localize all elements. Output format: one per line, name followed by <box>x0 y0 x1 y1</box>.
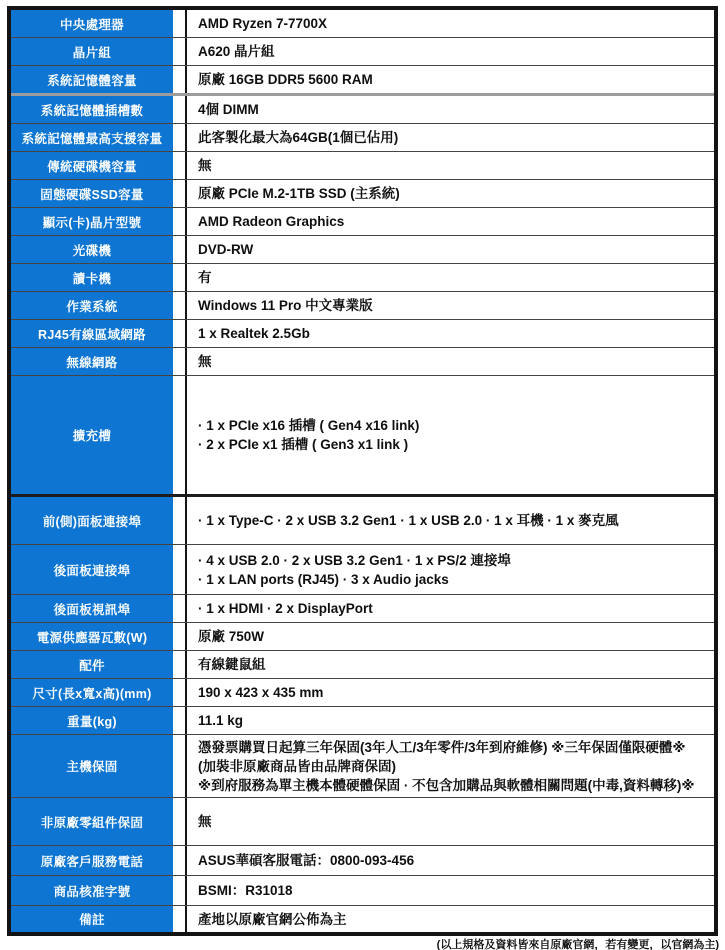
spec-label-cell: 固態硬碟SSD容量 <box>11 180 187 207</box>
spec-value-line: 無 <box>198 352 706 371</box>
spec-label: 尺寸(長x寬x高)(mm) <box>11 679 173 706</box>
spec-label: 配件 <box>11 651 173 678</box>
spec-label-cell: 主機保固 <box>11 735 187 797</box>
spec-value-line: 無 <box>198 156 706 175</box>
spec-label-cell: 備註 <box>11 906 187 932</box>
spec-value-line: DVD-RW <box>198 240 706 259</box>
spec-row: 主機保固憑發票購買日起算三年保固(3年人工/3年零件/3年到府維修) ※三年保固… <box>11 735 714 798</box>
spec-value-line: · 1 x PCIe x16 插槽 ( Gen4 x16 link) <box>198 416 706 435</box>
spec-label: 無線網路 <box>11 348 173 375</box>
spec-label-cell: 電源供應器瓦數(W) <box>11 623 187 650</box>
spec-label: RJ45有線區域網路 <box>11 320 173 347</box>
spec-value: 無 <box>187 152 714 179</box>
spec-value: Windows 11 Pro 中文專業版 <box>187 292 714 319</box>
spec-value-line: Windows 11 Pro 中文專業版 <box>198 296 706 315</box>
spec-label-cell: 非原廠零組件保固 <box>11 798 187 845</box>
spec-label-text: 無線網路 <box>66 353 117 371</box>
spec-label: 電源供應器瓦數(W) <box>11 623 173 650</box>
spec-row: 尺寸(長x寬x高)(mm)190 x 423 x 435 mm <box>11 679 714 707</box>
spec-value: 產地以原廠官網公佈為主 <box>187 906 714 932</box>
spec-value: 有 <box>187 264 714 291</box>
spec-value-line: · 1 x LAN ports (RJ45) · 3 x Audio jacks <box>198 570 706 589</box>
spec-value: AMD Ryzen 7-7700X <box>187 10 714 37</box>
spec-row: 前(側)面板連接埠· 1 x Type-C · 2 x USB 3.2 Gen1… <box>11 497 714 545</box>
spec-row: 無線網路無 <box>11 348 714 376</box>
spec-label-cell: 系統記憶體插槽數 <box>11 96 187 123</box>
spec-label-cell: 後面板視訊埠 <box>11 595 187 622</box>
spec-label: 作業系統 <box>11 292 173 319</box>
spec-value-line: 憑發票購買日起算三年保固(3年人工/3年零件/3年到府維修) ※三年保固僅限硬體… <box>198 738 706 757</box>
spec-label-cell: 後面板連接埠 <box>11 545 187 594</box>
spec-label-cell: 顯示(卡)晶片型號 <box>11 208 187 235</box>
spec-label: 備註 <box>11 906 173 932</box>
spec-row: 擴充槽· 1 x PCIe x16 插槽 ( Gen4 x16 link)· 2… <box>11 376 714 497</box>
spec-label-cell: 系統記憶體容量 <box>11 66 187 93</box>
spec-value-line: · 4 x USB 2.0 · 2 x USB 3.2 Gen1 · 1 x P… <box>198 551 706 570</box>
spec-row: 晶片組A620 晶片組 <box>11 38 714 66</box>
spec-value: 有線鍵鼠組 <box>187 651 714 678</box>
spec-value-line: AMD Radeon Graphics <box>198 212 706 231</box>
spec-label: 系統記憶體容量 <box>11 66 173 93</box>
spec-value-line: 190 x 423 x 435 mm <box>198 683 706 702</box>
spec-value-line: · 1 x HDMI · 2 x DisplayPort <box>198 599 706 618</box>
spec-label-text: 電源供應器瓦數(W) <box>37 628 148 646</box>
spec-value: 憑發票購買日起算三年保固(3年人工/3年零件/3年到府維修) ※三年保固僅限硬體… <box>187 735 714 797</box>
spec-value: A620 晶片組 <box>187 38 714 65</box>
spec-value: BSMI：R31018 <box>187 876 714 905</box>
spec-value-line: BSMI：R31018 <box>198 881 706 900</box>
spec-value-line: ※到府服務為單主機本體硬體保固 · 不包含加購品與軟體相關問題(中毒,資料轉移)… <box>198 776 706 795</box>
spec-label-cell: 原廠客戶服務電話 <box>11 846 187 875</box>
spec-label-text: 系統記憶體插槽數 <box>41 101 143 119</box>
spec-value: 原廠 750W <box>187 623 714 650</box>
spec-label-cell: 晶片組 <box>11 38 187 65</box>
spec-label: 主機保固 <box>11 735 173 797</box>
spec-value-line: 4個 DIMM <box>198 100 706 119</box>
spec-label-text: 商品核准字號 <box>54 882 131 900</box>
spec-value-line: 此客製化最大為64GB(1個已佔用) <box>198 128 706 147</box>
spec-label: 前(側)面板連接埠 <box>11 497 173 544</box>
spec-row: 固態硬碟SSD容量原廠 PCIe M.2-1TB SSD (主系統) <box>11 180 714 208</box>
spec-label: 非原廠零組件保固 <box>11 798 173 845</box>
spec-label: 傳統硬碟機容量 <box>11 152 173 179</box>
spec-label: 固態硬碟SSD容量 <box>11 180 173 207</box>
spec-label-text: 重量(kg) <box>67 712 117 730</box>
spec-label-text: 原廠客戶服務電話 <box>41 852 143 870</box>
spec-value: · 1 x PCIe x16 插槽 ( Gen4 x16 link)· 2 x … <box>187 376 714 494</box>
spec-table: 中央處理器AMD Ryzen 7-7700X晶片組A620 晶片組系統記憶體容量… <box>7 6 718 936</box>
spec-label-text: 擴充槽 <box>73 426 111 444</box>
spec-label-cell: 商品核准字號 <box>11 876 187 905</box>
spec-value-line: 原廠 16GB DDR5 5600 RAM <box>198 70 706 89</box>
spec-value: · 1 x Type-C · 2 x USB 3.2 Gen1 · 1 x US… <box>187 497 714 544</box>
spec-label: 中央處理器 <box>11 10 173 37</box>
spec-label-text: 顯示(卡)晶片型號 <box>43 213 142 231</box>
spec-value: 此客製化最大為64GB(1個已佔用) <box>187 124 714 151</box>
spec-label-cell: 尺寸(長x寬x高)(mm) <box>11 679 187 706</box>
spec-label-text: 後面板視訊埠 <box>54 600 131 618</box>
spec-value: 無 <box>187 348 714 375</box>
spec-label: 系統記憶體最高支援容量 <box>11 124 173 151</box>
spec-value: 11.1 kg <box>187 707 714 734</box>
spec-label: 後面板視訊埠 <box>11 595 173 622</box>
spec-row: 讀卡機有 <box>11 264 714 292</box>
spec-row: 傳統硬碟機容量無 <box>11 152 714 180</box>
spec-label-text: 系統記憶體最高支援容量 <box>22 129 163 147</box>
spec-value-line: ASUS華碩客服電話：0800-093-456 <box>198 851 706 870</box>
spec-label-cell: 配件 <box>11 651 187 678</box>
spec-label-text: 前(側)面板連接埠 <box>43 512 142 530</box>
spec-label-text: 系統記憶體容量 <box>47 71 137 89</box>
spec-label: 商品核准字號 <box>11 876 173 905</box>
spec-value-line: 無 <box>198 812 706 831</box>
spec-row: 後面板連接埠· 4 x USB 2.0 · 2 x USB 3.2 Gen1 ·… <box>11 545 714 595</box>
footer-note: (以上規格及資料皆來自原廠官網，若有變更，以官網為主) <box>437 936 719 950</box>
spec-row: 電源供應器瓦數(W)原廠 750W <box>11 623 714 651</box>
spec-value: DVD-RW <box>187 236 714 263</box>
spec-value-line: A620 晶片組 <box>198 42 706 61</box>
spec-label-text: 晶片組 <box>73 43 111 61</box>
spec-label: 重量(kg) <box>11 707 173 734</box>
spec-value-line: 原廠 750W <box>198 627 706 646</box>
spec-value-line: 產地以原廠官網公佈為主 <box>198 910 706 929</box>
spec-row: 顯示(卡)晶片型號AMD Radeon Graphics <box>11 208 714 236</box>
spec-value: 1 x Realtek 2.5Gb <box>187 320 714 347</box>
spec-label-cell: RJ45有線區域網路 <box>11 320 187 347</box>
spec-value: 無 <box>187 798 714 845</box>
spec-value-line: 原廠 PCIe M.2-1TB SSD (主系統) <box>198 184 706 203</box>
spec-label: 顯示(卡)晶片型號 <box>11 208 173 235</box>
spec-label: 擴充槽 <box>11 376 173 494</box>
spec-value-line: (加裝非原廠商品皆由品牌商保固) <box>198 757 706 776</box>
spec-label-text: 備註 <box>79 910 105 928</box>
spec-value-line: 1 x Realtek 2.5Gb <box>198 324 706 343</box>
spec-value: · 4 x USB 2.0 · 2 x USB 3.2 Gen1 · 1 x P… <box>187 545 714 594</box>
spec-label-text: 後面板連接埠 <box>54 561 131 579</box>
spec-row: 作業系統Windows 11 Pro 中文專業版 <box>11 292 714 320</box>
spec-label-cell: 光碟機 <box>11 236 187 263</box>
spec-value: 190 x 423 x 435 mm <box>187 679 714 706</box>
spec-row: 光碟機DVD-RW <box>11 236 714 264</box>
spec-label: 讀卡機 <box>11 264 173 291</box>
spec-value-line: 有線鍵鼠組 <box>198 655 706 674</box>
spec-row: 後面板視訊埠· 1 x HDMI · 2 x DisplayPort <box>11 595 714 623</box>
spec-row: 中央處理器AMD Ryzen 7-7700X <box>11 10 714 38</box>
spec-value-line: · 1 x Type-C · 2 x USB 3.2 Gen1 · 1 x US… <box>198 511 706 530</box>
spec-label-cell: 系統記憶體最高支援容量 <box>11 124 187 151</box>
spec-value: AMD Radeon Graphics <box>187 208 714 235</box>
spec-label: 系統記憶體插槽數 <box>11 96 173 123</box>
spec-label-text: 光碟機 <box>73 241 111 259</box>
spec-label-text: 主機保固 <box>66 757 117 775</box>
spec-label-text: 傳統硬碟機容量 <box>47 157 137 175</box>
spec-value: · 1 x HDMI · 2 x DisplayPort <box>187 595 714 622</box>
spec-value: ASUS華碩客服電話：0800-093-456 <box>187 846 714 875</box>
spec-label-text: 非原廠零組件保固 <box>41 813 143 831</box>
spec-label-text: 固態硬碟SSD容量 <box>40 185 143 203</box>
spec-row: 商品核准字號BSMI：R31018 <box>11 876 714 906</box>
spec-value-line: AMD Ryzen 7-7700X <box>198 14 706 33</box>
spec-label-text: 配件 <box>79 656 105 674</box>
spec-label-text: 尺寸(長x寬x高)(mm) <box>32 684 151 702</box>
spec-value-line: 11.1 kg <box>198 711 706 730</box>
spec-value: 原廠 16GB DDR5 5600 RAM <box>187 66 714 93</box>
spec-row: 配件有線鍵鼠組 <box>11 651 714 679</box>
spec-label-cell: 重量(kg) <box>11 707 187 734</box>
spec-row: 系統記憶體最高支援容量此客製化最大為64GB(1個已佔用) <box>11 124 714 152</box>
spec-label-cell: 無線網路 <box>11 348 187 375</box>
spec-value-line: 有 <box>198 268 706 287</box>
spec-row: 系統記憶體插槽數4個 DIMM <box>11 96 714 124</box>
spec-row: 備註產地以原廠官網公佈為主 <box>11 906 714 932</box>
spec-row: 重量(kg)11.1 kg <box>11 707 714 735</box>
spec-label: 原廠客戶服務電話 <box>11 846 173 875</box>
spec-value-line: · 2 x PCIe x1 插槽 ( Gen3 x1 link ) <box>198 435 706 454</box>
spec-value: 原廠 PCIe M.2-1TB SSD (主系統) <box>187 180 714 207</box>
spec-label: 光碟機 <box>11 236 173 263</box>
spec-row: 非原廠零組件保固無 <box>11 798 714 846</box>
spec-value: 4個 DIMM <box>187 96 714 123</box>
spec-row: 原廠客戶服務電話ASUS華碩客服電話：0800-093-456 <box>11 846 714 876</box>
spec-row: RJ45有線區域網路1 x Realtek 2.5Gb <box>11 320 714 348</box>
spec-label-cell: 作業系統 <box>11 292 187 319</box>
spec-row: 系統記憶體容量原廠 16GB DDR5 5600 RAM <box>11 66 714 96</box>
spec-label-text: RJ45有線區域網路 <box>38 325 146 343</box>
spec-label-cell: 讀卡機 <box>11 264 187 291</box>
spec-label-cell: 傳統硬碟機容量 <box>11 152 187 179</box>
spec-label-cell: 中央處理器 <box>11 10 187 37</box>
spec-label-text: 作業系統 <box>66 297 117 315</box>
spec-label-text: 中央處理器 <box>60 15 124 33</box>
spec-label-cell: 前(側)面板連接埠 <box>11 497 187 544</box>
spec-label-text: 讀卡機 <box>73 269 111 287</box>
spec-sheet: 中央處理器AMD Ryzen 7-7700X晶片組A620 晶片組系統記憶體容量… <box>0 0 725 950</box>
spec-label-cell: 擴充槽 <box>11 376 187 494</box>
spec-label: 後面板連接埠 <box>11 545 173 594</box>
spec-label: 晶片組 <box>11 38 173 65</box>
